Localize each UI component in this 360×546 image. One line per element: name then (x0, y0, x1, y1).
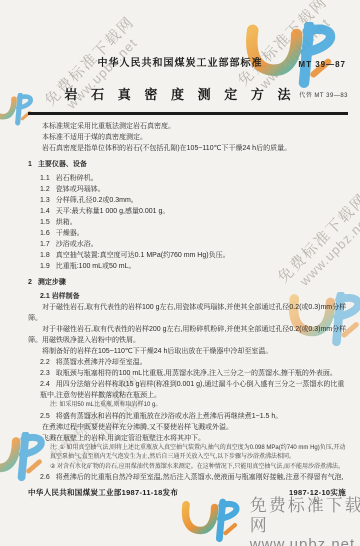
equipment-item: 1.9比重瓶:100 mL或50 mL。 (28, 261, 350, 272)
standard-replaces: 代替 MT 39—83 (299, 90, 348, 99)
brand-site-url: www.upbz.net (250, 536, 360, 546)
equipment-item: 1.6干燥器。 (28, 228, 350, 239)
intro-line: 本标准不适用于煤的真密度测定。 (28, 132, 350, 143)
clause-2-4: 2.4用四分法缩分岩样称取15 g岩样(称准到0.001 g),通过漏斗小心倒入… (28, 379, 350, 401)
scanned-standard-page: 免费标准下载网 www.upbz.net 免费标准下载网 www.upbz.ne… (0, 0, 360, 546)
document-title: 岩 石 真 密 度 测 定 方 法 (55, 84, 305, 103)
intro-line: 岩石真密度是指单位体积的岩石(不包括孔隙)在105~110℃下干燥24 h后的质… (28, 143, 350, 154)
upbz-brand-text: 免费标准下载网 www.upbz.net (250, 496, 360, 546)
clause-2-2: 2.2将蒸馏水煮沸并冷却至室温。 (28, 357, 350, 368)
document-body: 本标准规定采用比重瓶法测定岩石真密度。 本标准不适用于煤的真密度测定。 岩石真密… (28, 121, 350, 483)
clause-2-6: 2.6将煮沸后的比重瓶自然冷却至室温,然后注入蒸馏水,使液面与瓶塞刚好接触,注意… (28, 472, 350, 483)
brand-site-name: 免费标准下载网 (250, 496, 360, 536)
section2-title: 测定步骤 (38, 279, 66, 286)
intro-line: 本标准规定采用比重瓶法测定岩石真密度。 (28, 121, 350, 132)
standard-number: MT 39—87 (298, 60, 346, 69)
equipment-item: 1.3分样筛,孔径0.2或0.3mm。 (28, 195, 350, 206)
clause-2-5-note-1: 注: ① 如用真空抽气法,则将上述比重瓶放入真空抽气装置内,抽气的真空度为0.0… (28, 444, 350, 463)
equipment-item: 1.4天平:最大称量1 000 g,感量0.001 g。 (28, 206, 350, 217)
clause-2-1-paragraph: 对于磁性岩石,取有代表性的岩样100 g左右,用瓷钵或玛瑙钵,并使其全部通过孔径… (28, 302, 350, 324)
equipment-item: 1.1岩石粉碎机。 (28, 173, 350, 184)
header-rule (28, 112, 348, 115)
section1-number: 1 (28, 161, 32, 168)
clause-2-5: 2.5将盛有蒸馏水和岩样的比重瓶放在沙浴或水浴上煮沸后再继续煮1~1.5 h。 (28, 411, 350, 422)
watermark-site-url: www.upbz.net (55, 26, 150, 121)
clause-2-5-note-2: ② 对含有水化矿物的岩石,应用煤油代替蒸馏水来测定。在这种情况下,只能用真空抽气… (28, 463, 350, 473)
equipment-item: 1.7沙浴或水浴。 (28, 239, 350, 250)
equipment-item: 1.8真空抽气装置:真空度可达0.1 MPa(约760 mm Hg)负压。 (28, 250, 350, 261)
upbz-brand-block: 免费标准下载网 www.upbz.net (178, 496, 360, 546)
upbz-logo-icon (178, 496, 246, 546)
section1-heading: 1主要仪器、设备 (28, 159, 350, 170)
clause-2-5-paragraph: 在煮沸过程中既要使岩样充分沸腾,又不要使岩样飞溅或外溢。 (28, 422, 350, 433)
clause-2-1-paragraph: 将制备好的岩样在105~110℃下干燥24 h后取出放在干燥器中冷却至室温。 (28, 346, 350, 357)
clause-2-5-paragraph: 飞溅在瓶壁上的岩样,用滴定管沿瓶壁注水将其冲下。 (28, 433, 350, 444)
standard-org-line: 中华人民共和国煤炭工业部部标准 (60, 54, 300, 69)
watermark-site-name: 免费标准下载网 (233, 0, 332, 90)
equipment-item: 1.5烘箱。 (28, 217, 350, 228)
clause-2-1-heading: 2.1 岩样制备 (28, 291, 350, 302)
equipment-item: 1.2瓷钵或玛瑙钵。 (28, 184, 350, 195)
section2-heading: 2测定步骤 (28, 277, 350, 288)
clause-2-4-note: 注: 如采用50 mL比重瓶,则称取岩样10 g。 (28, 401, 350, 411)
section2-number: 2 (28, 279, 32, 286)
section1-title: 主要仪器、设备 (38, 161, 87, 168)
clause-2-1-paragraph: 对于非磁性岩石,取有代表性的岩样200 g左右,用粉碎机粉碎,并使其全部通过孔径… (28, 324, 350, 346)
footer-issued-line: 中华人民共和国煤炭工业部1987-11-18发布 (28, 487, 178, 498)
clause-2-3: 2.3取瓶颈与瓶塞相符的100 mL比重瓶,用蒸馏水洗净,注入三分之一的蒸馏水,… (28, 368, 350, 379)
